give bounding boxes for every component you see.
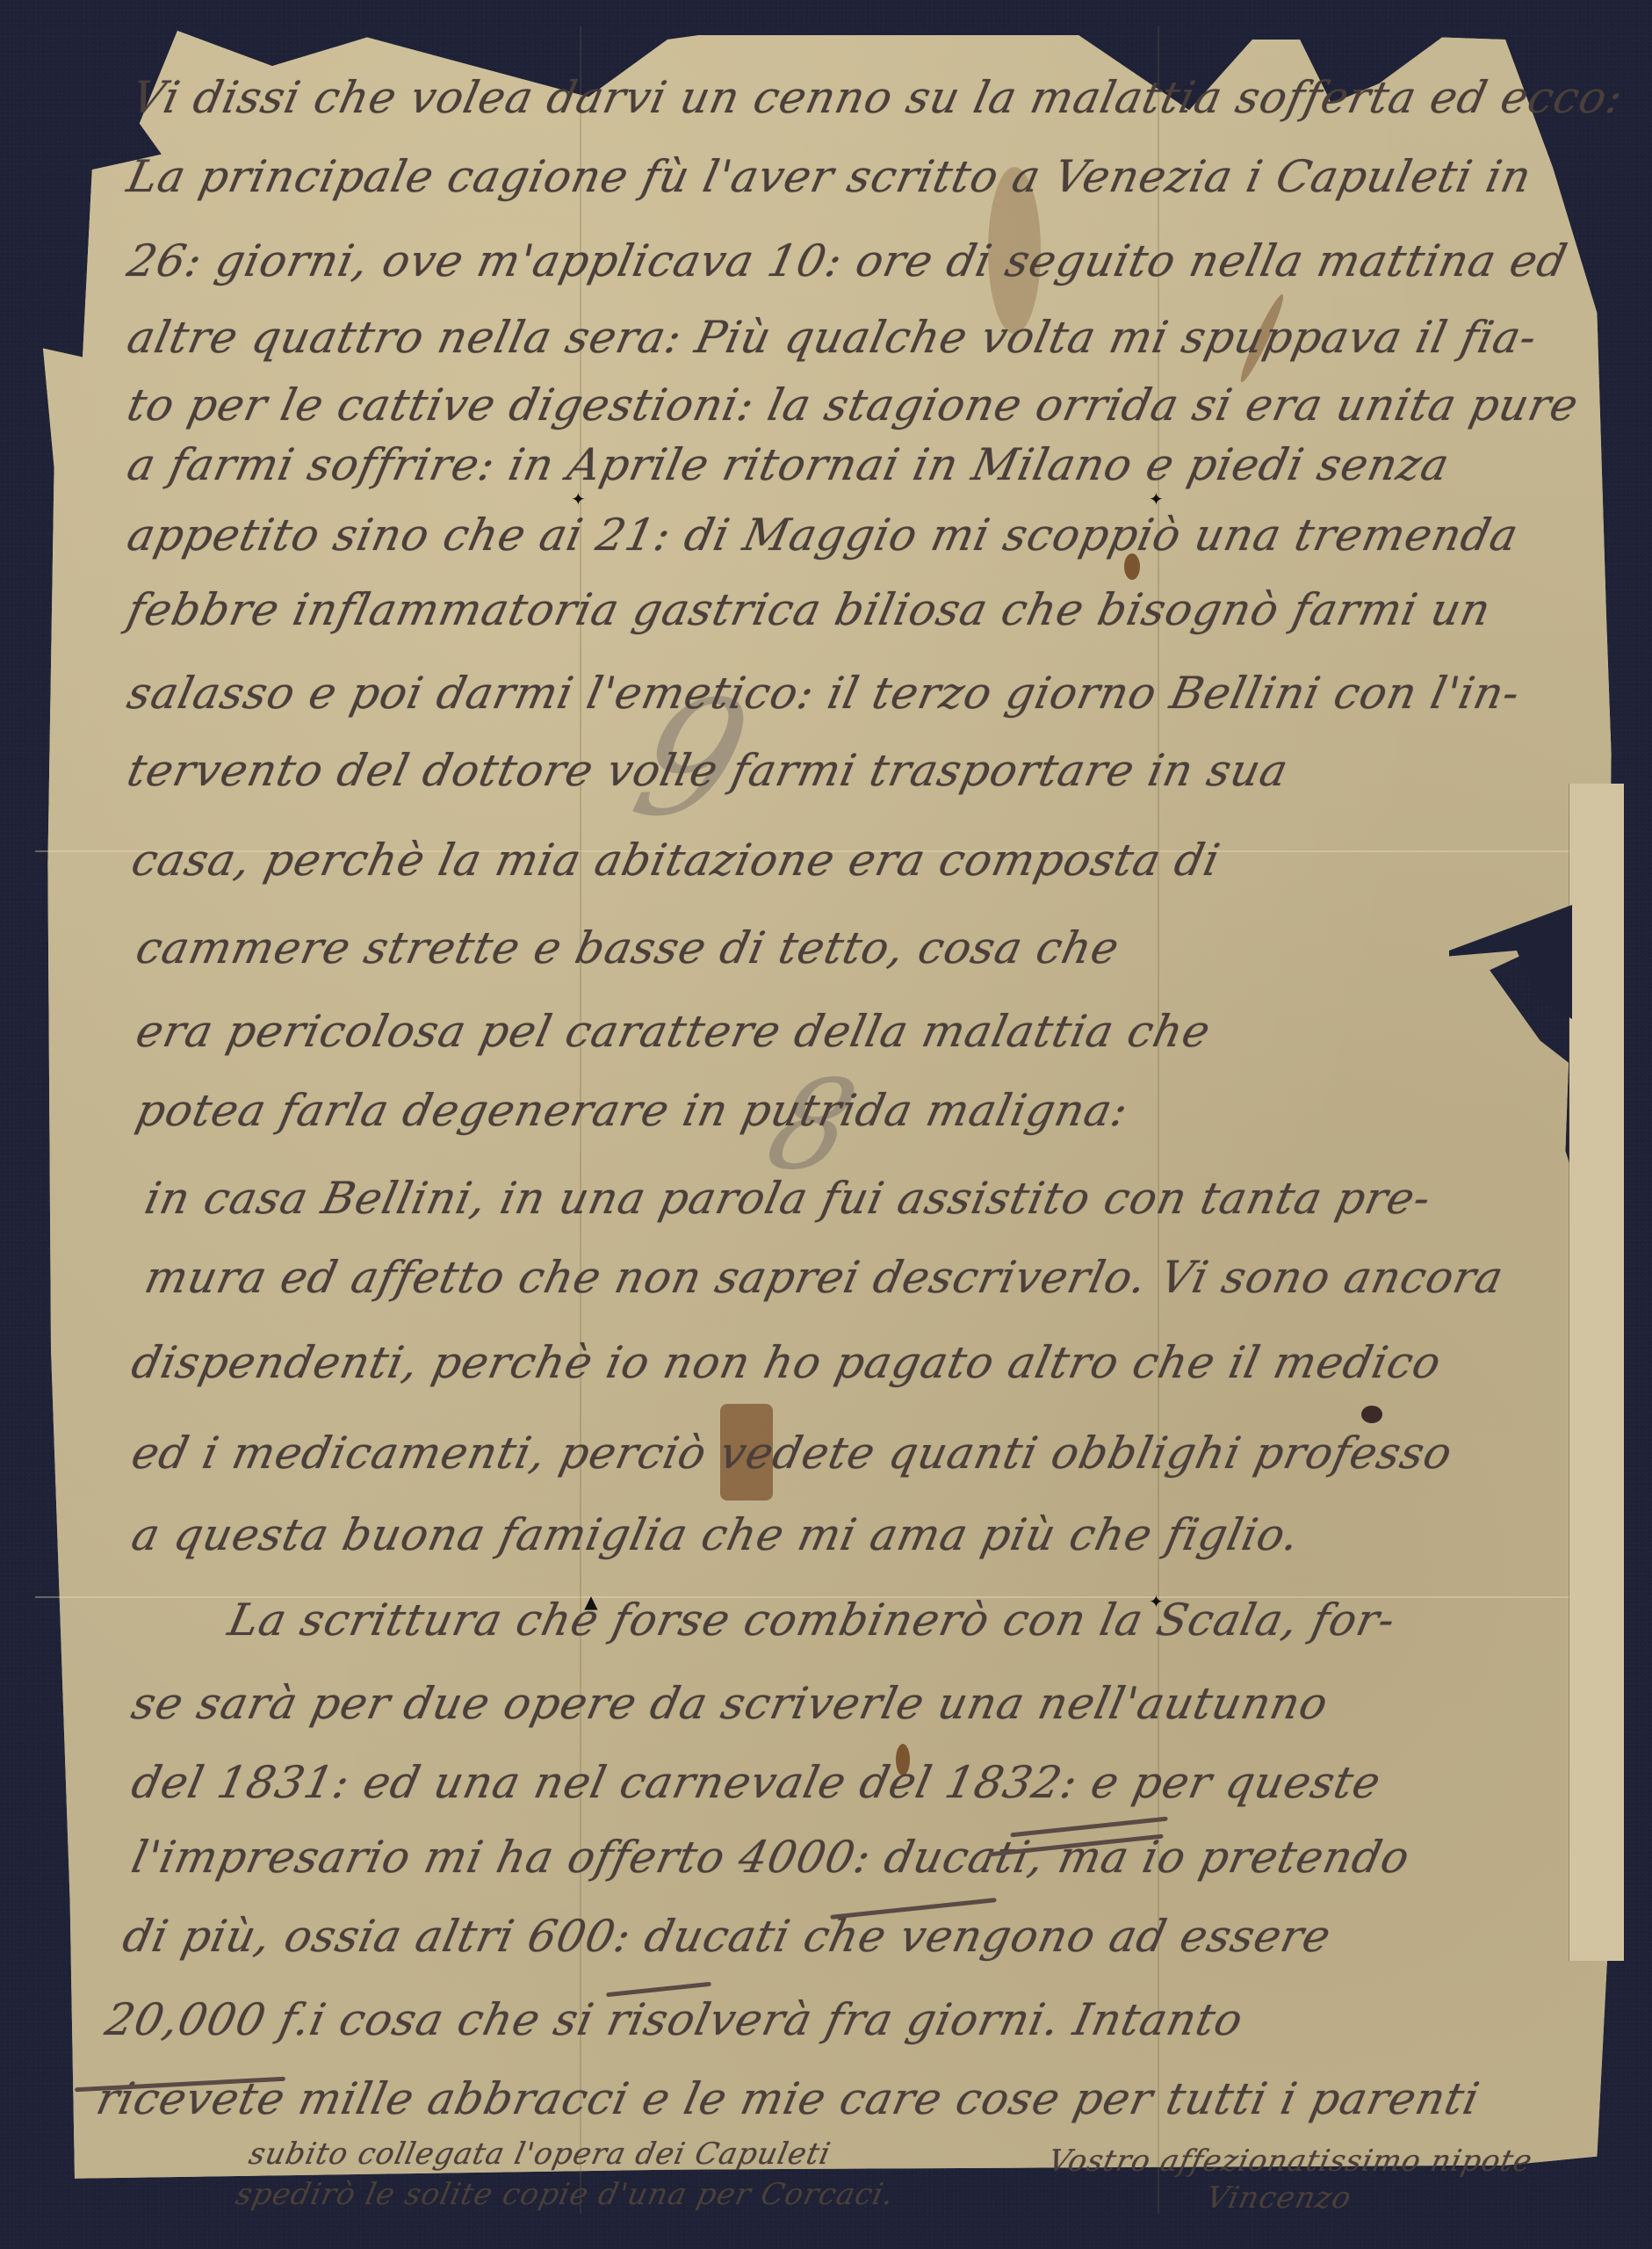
text-line: to per le cattive digestioni: la stagion… [123, 380, 1583, 430]
text-line: l'impresario mi ha offerto 4000: ducati,… [127, 1832, 1415, 1883]
text-line: del 1831: ed una nel carnevale del 1832:… [127, 1757, 1386, 1808]
text-line: di più, ossia altri 600: ducati che veng… [119, 1911, 1336, 1962]
text-line: Vi dissi che volea darvi un cenno su la … [127, 72, 1628, 123]
text-line: La principale cagione fù l'aver scritto … [123, 151, 1536, 202]
text-line: cammere strette e basse di tetto, cosa c… [132, 922, 1124, 973]
text-line: altre quattro nella sera: Più qualche vo… [123, 312, 1541, 363]
text-line: La scrittura che forse combinerò con la … [224, 1595, 1400, 1645]
text-line: dispendenti, perchè io non ho pagato alt… [127, 1337, 1446, 1388]
text-line: se sarà per due opere da scriverle una n… [127, 1678, 1333, 1729]
text-line: potea farla degenerare in putrida malign… [132, 1085, 1133, 1136]
text-line: tervento del dottore volle farmi traspor… [123, 745, 1293, 796]
letter-body: Vi dissi che volea darvi un cenno su la … [0, 0, 1652, 2249]
text-line: a questa buona famiglia che mi ama più c… [127, 1509, 1304, 1560]
signature-name: Vincenzo [1203, 2180, 1355, 2216]
text-line: ed i medicamenti, perciò vedete quanti o… [127, 1428, 1457, 1479]
text-line: 20,000 f.i cosa che si risolverà fra gio… [101, 1994, 1248, 2045]
text-line: 26: giorni, ove m'applicava 10: ore di s… [123, 235, 1572, 286]
text-line: a farmi soffrire: in Aprile ritornai in … [123, 439, 1454, 490]
text-line: appetito sino che ai 21: di Maggio mi sc… [123, 510, 1523, 560]
text-line: ricevete mille abbracci e le mie care co… [92, 2073, 1484, 2124]
text-line: era pericolosa pel carattere della malat… [132, 1006, 1216, 1057]
postscript-line: spedirò le solite copie d'una per Corcac… [233, 2177, 898, 2212]
postscript-line: subito collegata l'opera dei Capuleti [246, 2137, 834, 2172]
text-line: salasso e poi darmi l'emetico: il terzo … [123, 668, 1525, 719]
text-line: mura ed affetto che non saprei descriver… [141, 1252, 1508, 1303]
signature-closing: Vostro affezionatissimo nipote [1045, 2144, 1536, 2179]
text-line: febbre inflammatoria gastrica biliosa ch… [123, 584, 1496, 635]
text-line: in casa Bellini, in una parola fui assis… [141, 1173, 1436, 1224]
text-line: casa, perchè la mia abitazione era compo… [127, 835, 1225, 886]
